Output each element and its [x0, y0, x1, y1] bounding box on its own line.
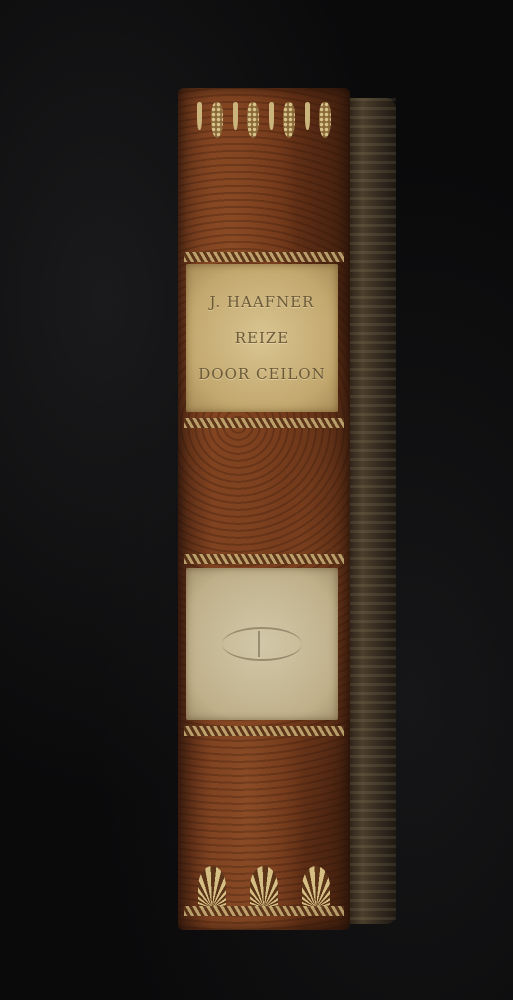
leaf-icon — [233, 102, 238, 130]
title-text-1: REIZE — [235, 329, 290, 347]
title-label: J. HAAFNER REIZE DOOR CEILON — [186, 264, 338, 412]
leaf-icon — [305, 102, 310, 130]
grape-icon — [319, 102, 331, 138]
volume-label — [186, 568, 338, 720]
author-text: J. HAAFNER — [210, 293, 315, 311]
gilt-band — [184, 726, 344, 736]
grape-icon — [283, 102, 295, 138]
gilt-band — [184, 906, 344, 916]
grape-icon — [211, 102, 223, 138]
gilt-band — [184, 252, 344, 262]
palmette-ornament — [186, 852, 342, 908]
book: J. HAAFNER REIZE DOOR CEILON — [178, 88, 396, 930]
gilt-band — [184, 418, 344, 428]
palmette-icon — [302, 866, 330, 908]
leaf-icon — [197, 102, 202, 130]
palmette-icon — [250, 866, 278, 908]
palmette-icon — [198, 866, 226, 908]
page-edge — [348, 98, 396, 924]
flourish-icon — [222, 627, 302, 661]
grape-icon — [247, 102, 259, 138]
gilt-band — [184, 554, 344, 564]
title-text-2: DOOR CEILON — [198, 365, 325, 383]
leaf-icon — [269, 102, 274, 130]
book-spine: J. HAAFNER REIZE DOOR CEILON — [178, 88, 350, 930]
grape-cluster-ornament — [192, 102, 336, 154]
